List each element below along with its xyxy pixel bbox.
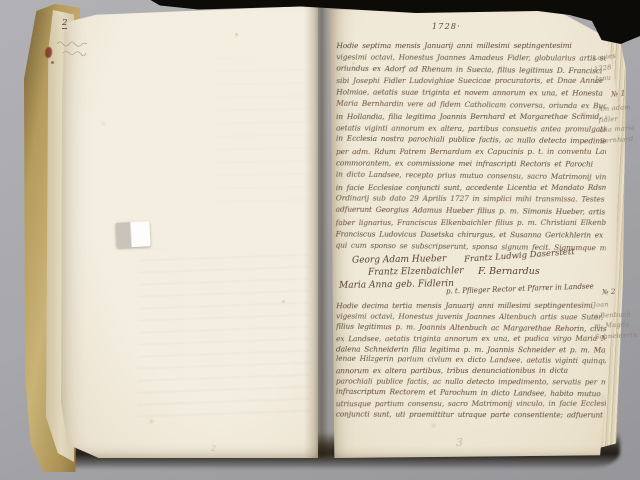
manuscript-line: ex Landsee, aetatis triginta annorum ex … <box>336 333 606 344</box>
signature-priest-bernardus: F. Bernardus <box>478 266 540 277</box>
right-bottom-pencil-number: 3 <box>456 436 463 449</box>
archival-tab-sticker <box>115 221 150 248</box>
manuscript-line: Hodie septima mensis Januarij anni mille… <box>336 40 606 52</box>
manuscript-line: per adm. Rdum Patrem Bernardum ex Capuci… <box>336 146 606 158</box>
manuscript-line: conjuncti sunt, uti praemittitur utraque… <box>336 409 606 421</box>
pencil-scribble <box>55 38 103 60</box>
left-folio-number: 2 <box>62 19 67 29</box>
signature-witness-elzenbaichler: Frantz Elzenbaichler <box>368 266 464 278</box>
signature-bride: Maria Anna geb. Fidlerin <box>339 279 454 291</box>
manuscript-line: faber lignarius, Franciscus Elkenbaichle… <box>336 217 606 229</box>
manuscript-line: annorum ex altera partibus, tribus denun… <box>336 366 606 377</box>
manuscript-line: in Hollandia, filia legitima Joannis Ber… <box>336 111 606 123</box>
manuscript-line: in facie Ecclesiae conjuncti sunt, acced… <box>336 181 606 193</box>
year-heading: 1728· <box>432 22 461 31</box>
archival-book-scan: 2 2 1728· 3· Lauies1728Janu № 1 Am adamf… <box>0 0 640 480</box>
manuscript-line: utriusque partium consensu, sacro Matrim… <box>336 399 606 410</box>
marriage-entry-2: Hodie decima tertia mensis Januarij anni… <box>336 301 606 422</box>
manuscript-line: Hodie decima tertia mensis Januarij anni… <box>336 301 606 312</box>
ink-bleedthrough <box>138 248 310 420</box>
signature-witness-hueber: Georg Adam Hueber <box>352 254 446 266</box>
left-bottom-pencil-number: 2 <box>211 444 216 453</box>
marriage-entry-1: Hodie septima mensis Januarij anni mille… <box>336 39 607 253</box>
ink-bleedthrough <box>215 58 310 208</box>
manuscript-line: sibi Josephi Fidler Ludovighiae Suecicae… <box>336 75 606 87</box>
record-number-1: № 1 <box>611 88 626 98</box>
manuscript-line: in dicto Landsee, recepto prius mutuo co… <box>336 168 606 183</box>
book-gutter <box>304 2 338 458</box>
ink-stain <box>51 61 54 64</box>
foxing-spots <box>0 0 3 3</box>
record-number-2: № 2 <box>602 288 616 297</box>
